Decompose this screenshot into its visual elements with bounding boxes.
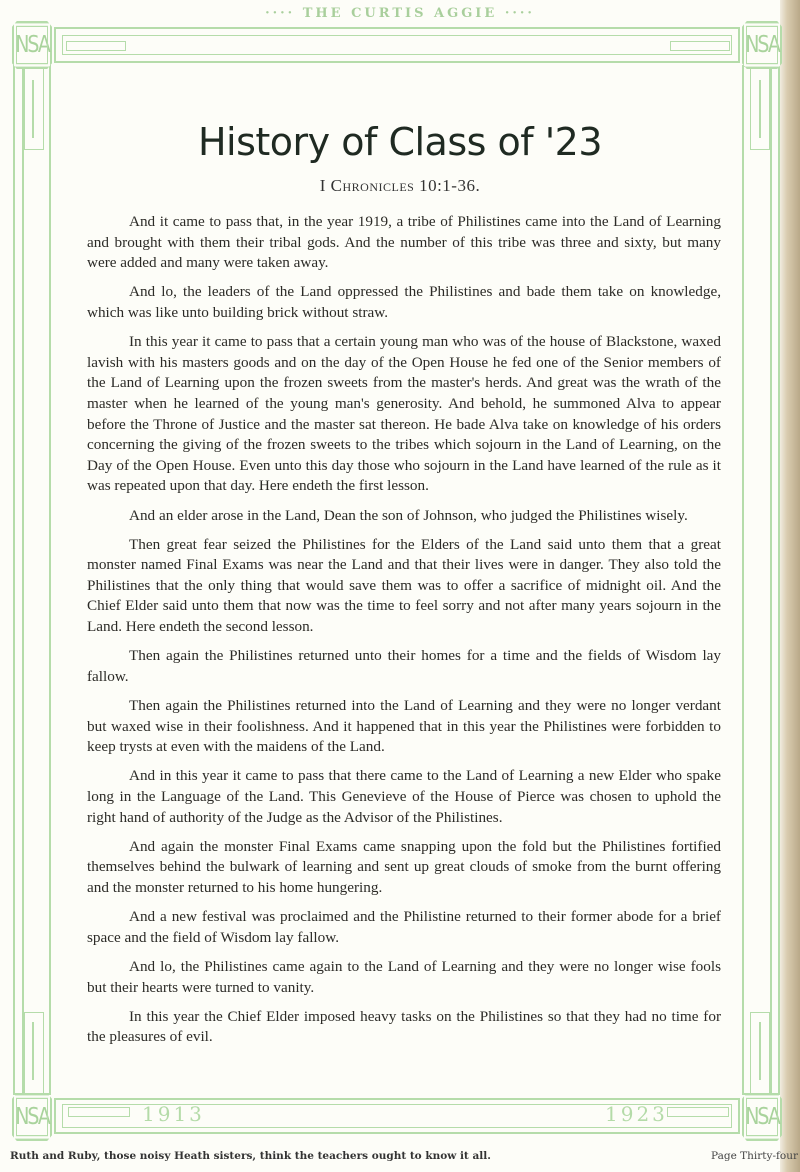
scripture-reference: I Chronicles 10:1-36. <box>40 176 760 196</box>
border-left-line <box>22 65 24 1095</box>
running-head: ···· THE CURTIS AGGIE ···· <box>0 6 800 21</box>
paragraph: And again the monster Final Exams came s… <box>87 837 721 899</box>
paragraph: And lo, the Philistines came again to th… <box>87 957 721 998</box>
border-top-inner <box>62 35 732 55</box>
paragraph: And in this year it came to pass that th… <box>87 766 721 828</box>
nsa-monogram-top-right: NSA <box>742 21 782 69</box>
nsa-monogram-top-left: NSA <box>12 21 52 69</box>
paragraph: And a new festival was proclaimed and th… <box>87 907 721 948</box>
border-left-bottom-pendant <box>24 1012 44 1094</box>
paragraph: And an elder arose in the Land, Dean the… <box>87 506 721 527</box>
paragraph: Then again the Philistines returned into… <box>87 696 721 758</box>
border-bottom-right-bar <box>667 1107 729 1117</box>
border-left-top-stem <box>32 80 34 138</box>
paragraph: And lo, the leaders of the Land oppresse… <box>87 282 721 323</box>
border-right-line <box>770 65 772 1095</box>
border-top-right-bar <box>670 41 730 51</box>
page-number: Page Thirty-four <box>711 1150 798 1162</box>
year-right: 1923 <box>605 1102 668 1126</box>
border-left-bottom-stem <box>32 1022 34 1080</box>
border-left-column <box>13 65 51 1095</box>
border-right-column <box>742 65 780 1095</box>
paragraph: Then again the Philistines returned unto… <box>87 646 721 687</box>
paragraph: In this year the Chief Elder imposed hea… <box>87 1007 721 1048</box>
paragraph: Then great fear seized the Philistines f… <box>87 535 721 638</box>
nsa-monogram-bottom-left: NSA <box>12 1093 52 1141</box>
page-edge-shadow <box>780 0 800 1172</box>
article-body: And it came to pass that, in the year 19… <box>87 212 721 1057</box>
year-left: 1913 <box>142 1102 205 1126</box>
border-right-bottom-stem <box>759 1022 761 1080</box>
paragraph: And it came to pass that, in the year 19… <box>87 212 721 274</box>
page-title: History of Class of '23 <box>40 120 760 164</box>
border-top-left-bar <box>66 41 126 51</box>
footer-joke: Ruth and Ruby, those noisy Heath sisters… <box>10 1150 491 1162</box>
nsa-monogram-bottom-right: NSA <box>742 1093 782 1141</box>
border-bottom-left-bar <box>68 1107 130 1117</box>
paragraph: In this year it came to pass that a cert… <box>87 332 721 497</box>
